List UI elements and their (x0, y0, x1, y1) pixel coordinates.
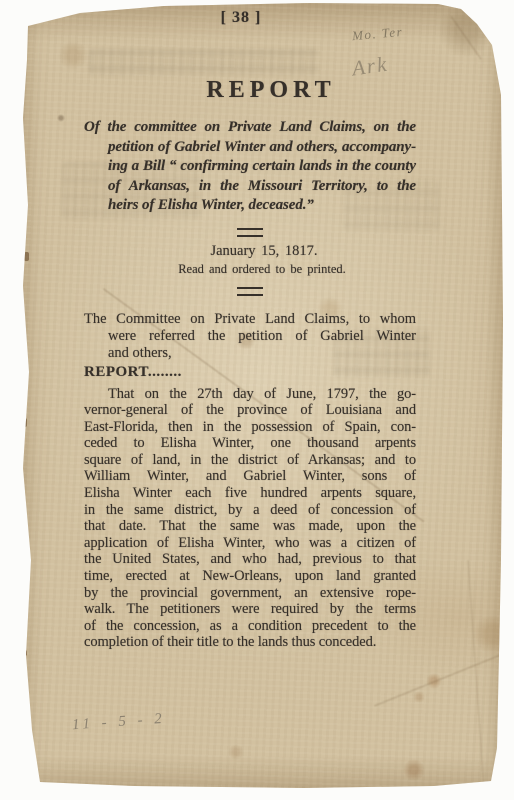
text-line: walk. The petitioners were required by t… (84, 601, 416, 618)
stitch-mark (17, 476, 22, 482)
text-line: Elisha Winter each five hundred arpents … (84, 485, 416, 502)
crease-line (374, 651, 507, 706)
stitch-mark (22, 650, 27, 656)
text-line: Of the committee on Private Land Claims,… (84, 118, 416, 138)
text-line: heirs of Elisha Winter, deceased.” (84, 196, 416, 216)
text-line: and others, (84, 345, 416, 362)
stitch-mark (23, 555, 28, 564)
body-paragraph: That on the 27th day of June, 1797, the … (84, 386, 416, 652)
text-line: of the concession, as a condition preced… (84, 618, 416, 635)
stitch-mark (20, 208, 25, 217)
text-line: that date. That the same was made, upon … (84, 518, 416, 535)
stitch-mark (18, 345, 23, 351)
text-line: East-Florida, then in the possession of … (84, 419, 416, 436)
stitch-mark (24, 252, 29, 261)
text-line: the United States, and who had, previous… (84, 551, 416, 568)
text-line: That on the 27th day of June, 1797, the … (84, 386, 416, 403)
ornament-rule-bottom (237, 287, 263, 296)
text-line: William Winter, and Gabriel Winter, sons… (84, 468, 416, 485)
committee-paragraph: The Committee on Private Land Claims, to… (84, 311, 416, 362)
text-line: vernor-general of the province of Louisi… (84, 402, 416, 419)
text-line: time, erected at New-Orleans, upon land … (84, 568, 416, 585)
text-line: ceded to Elisha Winter, one thousand arp… (84, 435, 416, 452)
text-line: of Arkansas, in the Missouri Territory, … (84, 177, 416, 197)
crease-line (468, 560, 486, 790)
stitch-mark (22, 418, 27, 427)
stitch-mark (20, 585, 25, 594)
printed-order-line: Read and ordered to be printed. (84, 262, 416, 277)
headnote: Of the committee on Private Land Claims,… (84, 118, 416, 216)
text-line: in the same district, by a deed of conce… (84, 502, 416, 519)
ornament-rule-top (237, 228, 263, 237)
scan-background: [ 38 ] REPORT Of the committee on Privat… (0, 0, 514, 800)
report-word: REPORT........ (84, 364, 416, 381)
text-line: petition of Gabriel Winter and others, a… (84, 138, 416, 158)
crease-line (451, 16, 482, 59)
document-page: [ 38 ] REPORT Of the committee on Privat… (14, 0, 508, 792)
printed-text-block: [ 38 ] REPORT Of the committee on Privat… (84, 8, 416, 651)
report-title: REPORT (84, 76, 416, 104)
text-line: by the provincial government, an extensi… (84, 585, 416, 602)
text-line: The Committee on Private Land Claims, to… (84, 311, 416, 328)
text-line: application of Elisha Winter, who was a … (84, 535, 416, 552)
date-line: January 15, 1817. (84, 243, 416, 260)
pencil-annotation-bottom-left: 11 - 5 - 2 (72, 711, 167, 735)
page-number: [ 38 ] (84, 8, 416, 28)
text-line: were referred the petition of Gabriel Wi… (84, 328, 416, 345)
text-line: completion of their title to the lands t… (84, 634, 416, 651)
text-line: ing a Bill “ confirming certain lands in… (84, 157, 416, 177)
text-line: square of land, in the district of Arkan… (84, 452, 416, 469)
